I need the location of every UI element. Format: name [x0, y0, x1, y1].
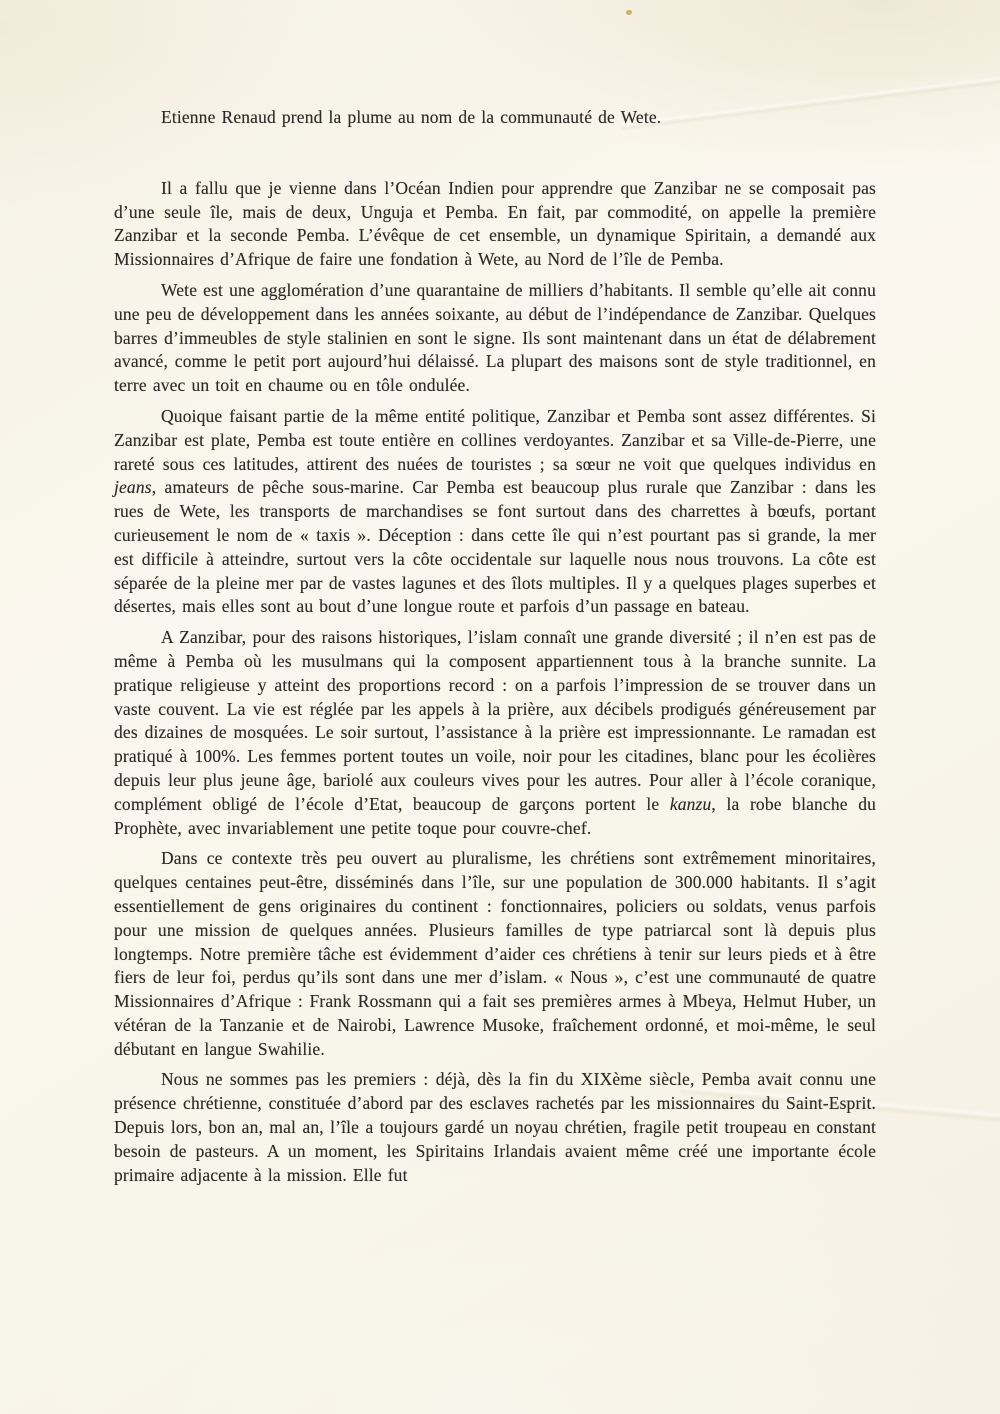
document-body: Il a fallu que je vienne dans l’Océan In… — [114, 177, 876, 1188]
text-run: , amateurs de pêche sous-marine. Car Pem… — [114, 477, 876, 616]
paragraph: Wete est une agglomération d’une quarant… — [114, 279, 876, 398]
text-run: Il a fallu que je vienne dans l’Océan In… — [114, 178, 876, 269]
text-run: Quoique faisant partie de la même entité… — [114, 406, 876, 474]
intro-line: Etienne Renaud prend la plume au nom de … — [114, 106, 876, 130]
paragraph: Il a fallu que je vienne dans l’Océan In… — [114, 177, 876, 272]
text-run: Wete est une agglomération d’une quarant… — [114, 280, 876, 395]
paragraph: A Zanzibar, pour des raisons historiques… — [114, 626, 876, 840]
paragraph: Dans ce contexte très peu ouvert au plur… — [114, 847, 876, 1061]
text-run: Nous ne sommes pas les premiers : déjà, … — [114, 1069, 876, 1184]
paragraph: Nous ne sommes pas les premiers : déjà, … — [114, 1068, 876, 1187]
italic-term: jeans — [114, 477, 152, 497]
letter-body: Etienne Renaud prend la plume au nom de … — [114, 106, 876, 1194]
italic-term: kanzu — [670, 794, 712, 814]
scanned-letter-page: Etienne Renaud prend la plume au nom de … — [0, 0, 1000, 1414]
text-run: A Zanzibar, pour des raisons historiques… — [114, 627, 876, 814]
paragraph: Quoique faisant partie de la même entité… — [114, 405, 876, 619]
scan-speck-artifact — [626, 10, 632, 15]
text-run: Dans ce contexte très peu ouvert au plur… — [114, 848, 876, 1058]
